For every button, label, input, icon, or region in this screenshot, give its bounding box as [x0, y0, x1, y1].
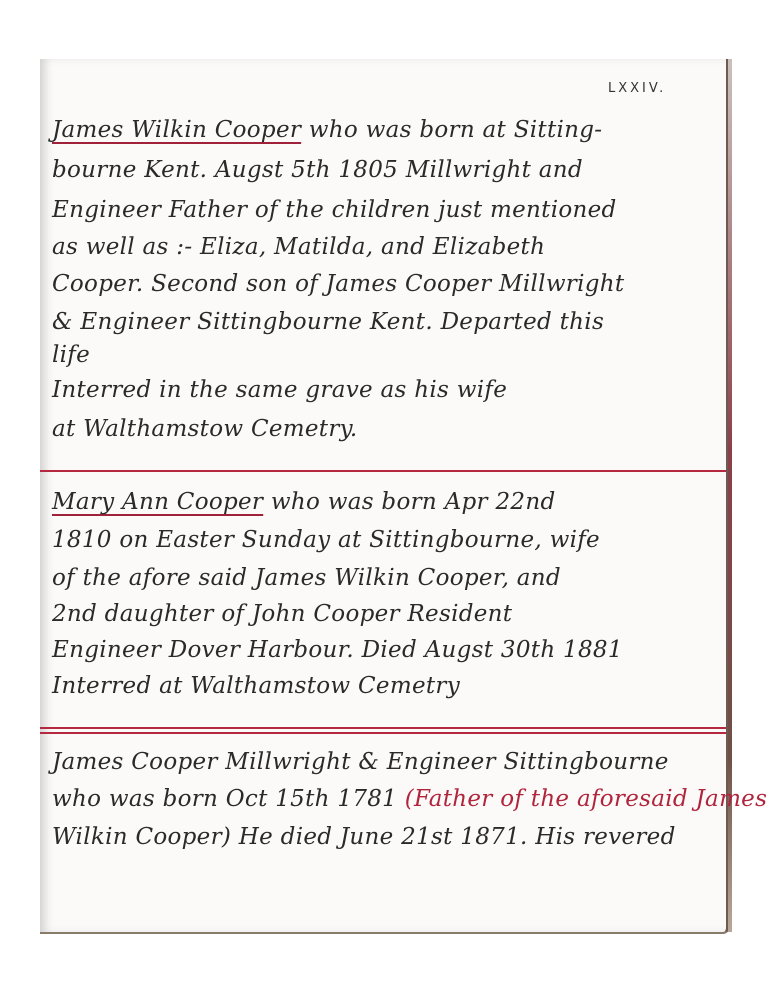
ledger-page: LXXIV. James Wilkin Cooper who was born … — [40, 59, 729, 934]
entry-1-line-9: at Walthamstow Cemetry. — [52, 416, 357, 442]
entry-2-line-3: of the afore said James Wilkin Cooper, a… — [52, 565, 561, 591]
entry-3-paren-note: (Father of the aforesaid James — [405, 786, 767, 812]
entry-1-line-4: as well as :- Eliza, Matilda, and Elizab… — [52, 234, 545, 260]
entry-1-line-8: Interred in the same grave as his wife — [52, 377, 507, 403]
entry-2-line-1: Mary Ann Cooper who was born Apr 22nd — [52, 489, 555, 515]
entry-2-line-4: 2nd daughter of John Cooper Resident — [52, 601, 512, 627]
entry-3-line-1: James Cooper Millwright & Engineer Sitti… — [52, 749, 669, 775]
section-divider-2 — [40, 727, 726, 729]
entry-2-line-2: 1810 on Easter Sunday at Sittingbourne, … — [52, 527, 600, 553]
entry-1-name: James Wilkin Cooper — [52, 117, 301, 143]
section-divider-1 — [40, 470, 726, 472]
entry-2-line-6: Interred at Walthamstow Cemetry — [52, 673, 460, 699]
entry-1-line-2: bourne Kent. Augst 5th 1805 Millwright a… — [52, 157, 583, 183]
page-number: LXXIV. — [608, 81, 666, 96]
entry-1-line-3: Engineer Father of the children just men… — [52, 197, 617, 223]
entry-1-line-6: & Engineer Sittingbourne Kent. Departed … — [52, 309, 604, 335]
entry-2-name: Mary Ann Cooper — [52, 489, 263, 515]
entry-2-line-5: Engineer Dover Harbour. Died Augst 30th … — [52, 637, 623, 663]
entry-3-line-2: who was born Oct 15th 1781 (Father of th… — [52, 786, 767, 812]
entry-1-line-7: life — [52, 342, 90, 368]
entry-1-line-1: James Wilkin Cooper who was born at Sitt… — [52, 117, 602, 143]
entry-3-line-3: Wilkin Cooper) He died June 21st 1871. H… — [52, 824, 676, 850]
entry-1-line-5: Cooper. Second son of James Cooper Millw… — [52, 271, 624, 297]
